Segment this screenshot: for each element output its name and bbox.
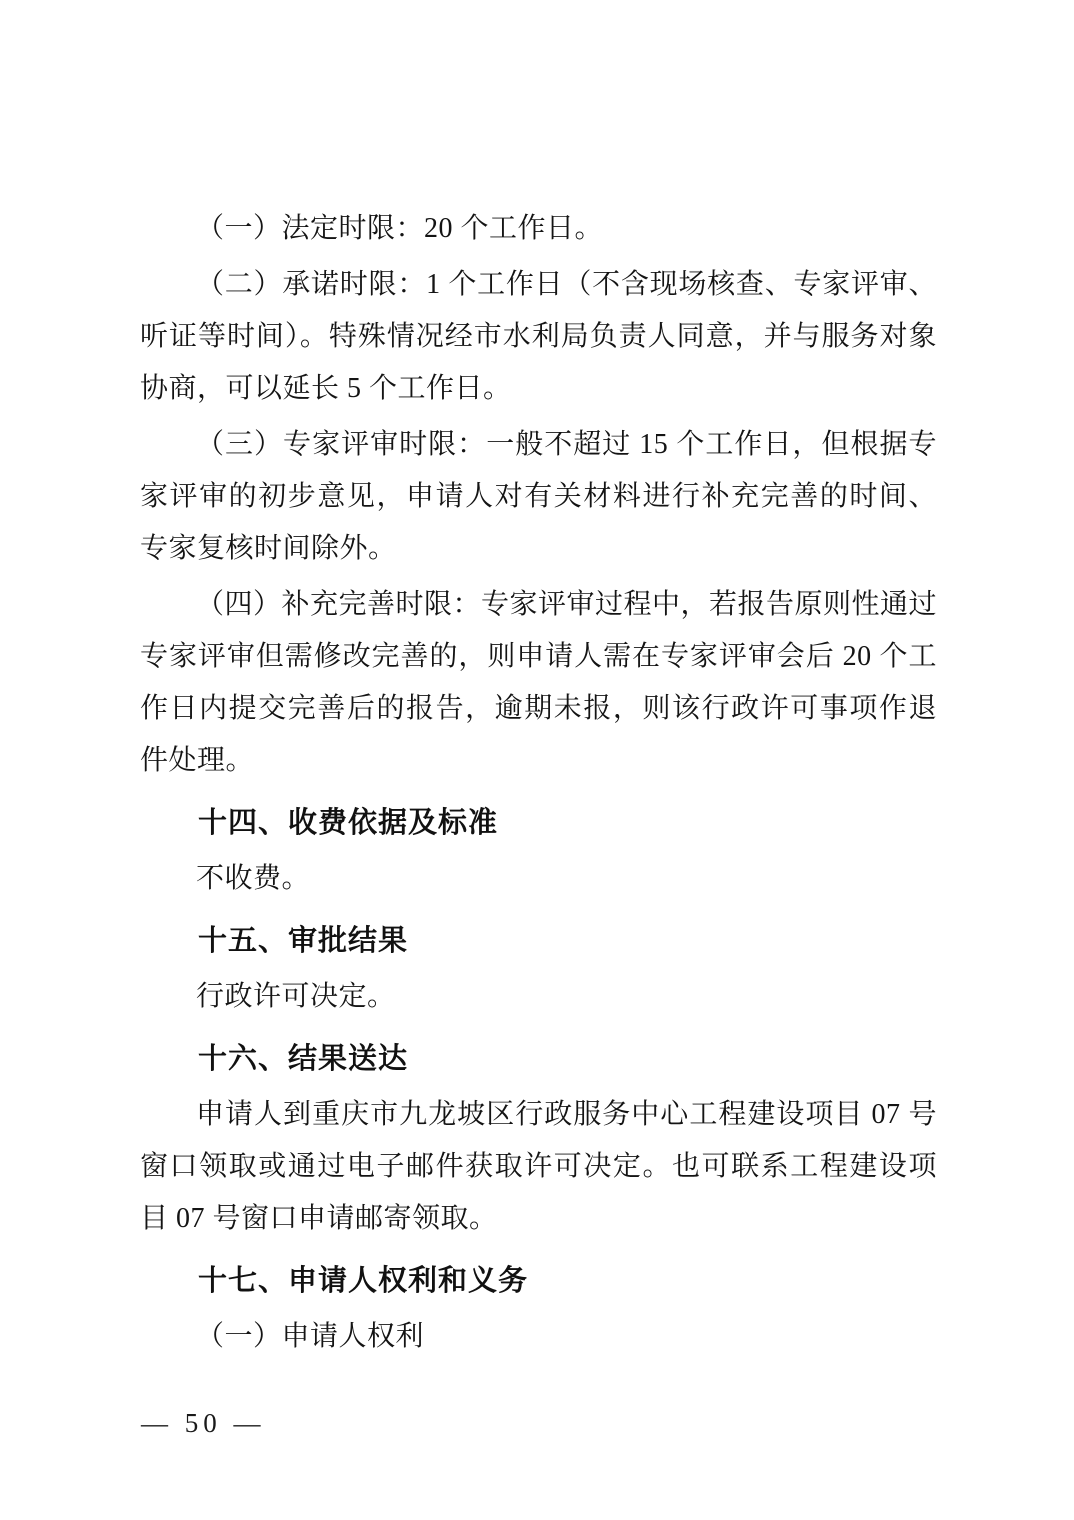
document-page: （一）法定时限：20 个工作日。 （二）承诺时限：1 个工作日（不含现场核查、专… [0, 0, 1074, 1520]
heading-section-16-delivery: 十六、结果送达 [140, 1033, 937, 1085]
para-result-delivery: 申请人到重庆市九龙坡区行政服务中心工程建设项目 07 号窗口领取或通过电子邮件获… [140, 1089, 937, 1245]
para-approval-result: 行政许可决定。 [140, 971, 937, 1023]
para-supplement-time-limit: （四）补充完善时限：专家评审过程中，若报告原则性通过专家评审但需修改完善的，则申… [140, 579, 937, 787]
heading-section-17-rights: 十七、申请人权利和义务 [140, 1255, 937, 1307]
para-promised-time-limit: （二）承诺时限：1 个工作日（不含现场核查、专家评审、听证等时间）。特殊情况经市… [140, 259, 937, 415]
para-no-fee: 不收费。 [140, 853, 937, 905]
document-body: （一）法定时限：20 个工作日。 （二）承诺时限：1 个工作日（不含现场核查、专… [140, 203, 937, 1363]
heading-section-14-fees: 十四、收费依据及标准 [140, 797, 937, 849]
heading-section-15-result: 十五、审批结果 [140, 915, 937, 967]
para-expert-review-time-limit: （三）专家评审时限：一般不超过 15 个工作日，但根据专家评审的初步意见，申请人… [140, 419, 937, 575]
para-statutory-time-limit: （一）法定时限：20 个工作日。 [140, 203, 937, 255]
para-applicant-rights: （一）申请人权利 [140, 1311, 937, 1363]
page-number: — 50 — [141, 1406, 266, 1440]
